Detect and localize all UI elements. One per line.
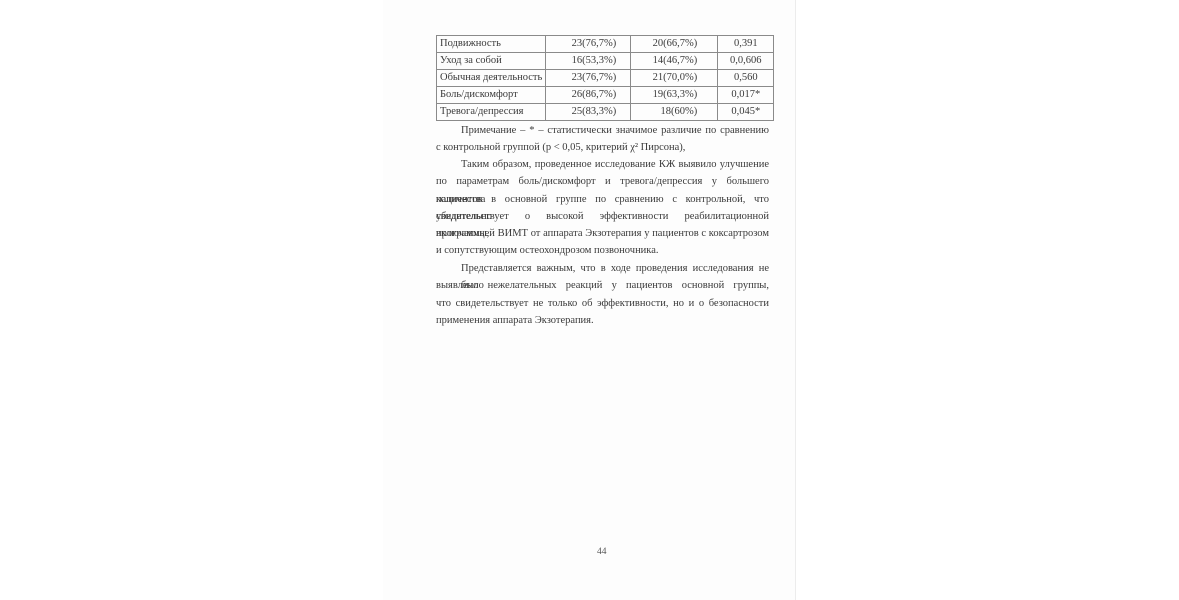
p-value-cell: 0,560: [718, 70, 774, 87]
safety-paragraph: Представляется важным, что в ходе провед…: [436, 260, 769, 329]
control-group-cell: 19(63,3%): [631, 87, 718, 104]
table-row: Уход за собой16(53,3%)14(46,7%)0,0,606: [437, 53, 774, 70]
control-group-cell: 20(66,7%): [631, 36, 718, 53]
control-group-cell: 14(46,7%): [631, 53, 718, 70]
p-value-cell: 0,017*: [718, 87, 774, 104]
parameter-cell: Боль/дискомфорт: [437, 87, 546, 104]
note-line: Примечание – * – статистически значимое …: [436, 122, 769, 139]
p-value-cell: 0,391: [718, 36, 774, 53]
page-number: 44: [597, 547, 607, 557]
note-line: с контрольной группой (p < 0,05, критери…: [436, 139, 769, 156]
table-row: Тревога/депрессия25(83,3%)18(60%)0,045*: [437, 104, 774, 121]
table-row: Боль/дискомфорт26(86,7%)19(63,3%)0,017*: [437, 87, 774, 104]
paragraph-line: выявлено нежелательных реакций у пациент…: [436, 277, 769, 294]
parameter-cell: Тревога/депрессия: [437, 104, 546, 121]
paragraph-line: Представляется важным, что в ходе провед…: [436, 260, 769, 277]
parameter-cell: Подвижность: [437, 36, 546, 53]
paragraph-line: пациентов в основной группе по сравнению…: [436, 191, 769, 208]
p-value-cell: 0,0,606: [718, 53, 774, 70]
main-group-cell: 26(86,7%): [546, 87, 631, 104]
conclusion-paragraph: Таким образом, проведенное исследование …: [436, 156, 769, 260]
parameter-cell: Обычная деятельность: [437, 70, 546, 87]
results-table: Подвижность23(76,7%)20(66,7%)0,391Уход з…: [436, 35, 774, 121]
paragraph-line: Таким образом, проведенное исследование …: [436, 156, 769, 173]
control-group-cell: 21(70,0%): [631, 70, 718, 87]
main-group-cell: 23(76,7%): [546, 36, 631, 53]
paragraph-line: применения аппарата Экзотерапия.: [436, 312, 769, 329]
paragraph-line: свидетельствует о высокой эффективности …: [436, 208, 769, 225]
paragraph-line: по параметрам боль/дискомфорт и тревога/…: [436, 173, 769, 190]
p-value-cell: 0,045*: [718, 104, 774, 121]
main-group-cell: 25(83,3%): [546, 104, 631, 121]
main-group-cell: 16(53,3%): [546, 53, 631, 70]
paragraph-line: включающей ВИМТ от аппарата Экзотерапия …: [436, 225, 769, 242]
table-row: Обычная деятельность23(76,7%)21(70,0%)0,…: [437, 70, 774, 87]
table-row: Подвижность23(76,7%)20(66,7%)0,391: [437, 36, 774, 53]
main-group-cell: 23(76,7%): [546, 70, 631, 87]
table-note: Примечание – * – статистически значимое …: [436, 122, 769, 157]
paragraph-line: и сопутствующим остеохондрозом позвоночн…: [436, 242, 769, 259]
page-edge-divider: [795, 0, 796, 600]
parameter-cell: Уход за собой: [437, 53, 546, 70]
paragraph-line: что свидетельствует не только об эффекти…: [436, 295, 769, 312]
control-group-cell: 18(60%): [631, 104, 718, 121]
